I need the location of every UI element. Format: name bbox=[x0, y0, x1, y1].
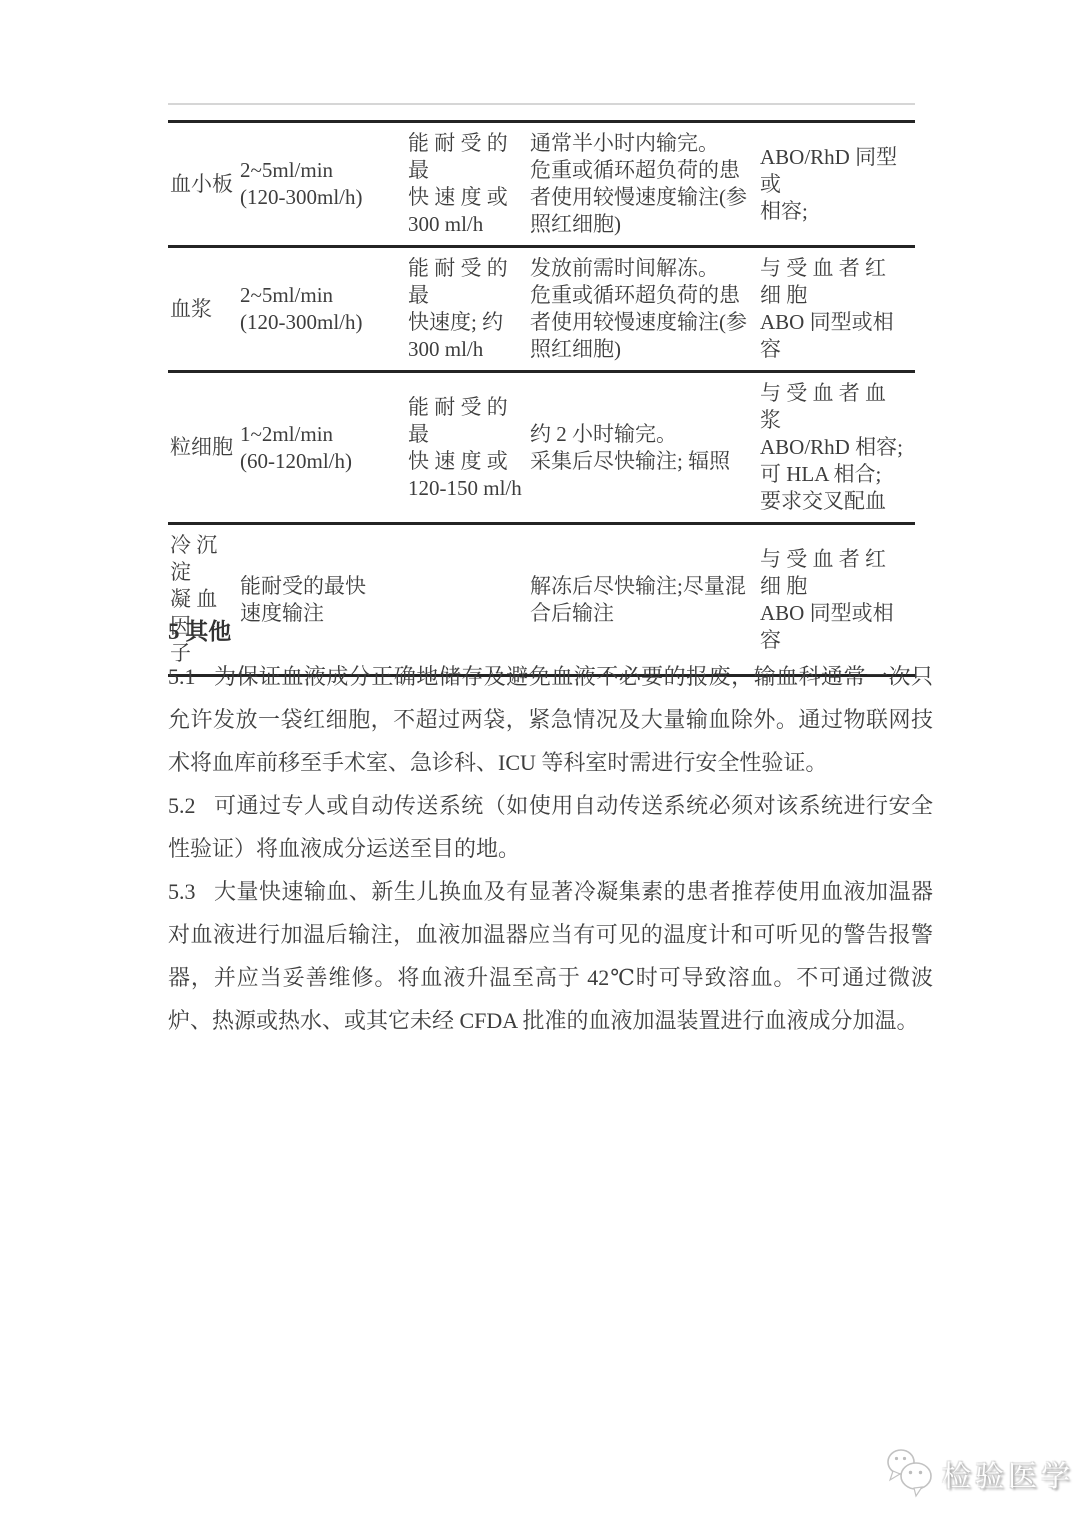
max-rate-cell: 能 耐 受 的 最 快速度; 约 300 ml/h bbox=[406, 247, 528, 372]
paragraph-text: 可通过专人或自动传送系统（如使用自动传送系统必须对该系统进行安全性验证）将血液成… bbox=[168, 793, 933, 861]
paragraph-text: 为保证血液成分正确地储存及避免血液不必要的报废，输血科通常一次只允许发放一袋红细… bbox=[168, 664, 933, 775]
scan-artifact-line bbox=[168, 103, 915, 105]
wechat-icon bbox=[884, 1446, 936, 1503]
paragraph-5-2: 5.2可通过专人或自动传送系统（如使用自动传送系统必须对该系统进行安全性验证）将… bbox=[168, 784, 933, 870]
section-heading: 5 其他 bbox=[168, 610, 933, 653]
document-page: 血小板 2~5ml/min (120-300ml/h) 能 耐 受 的 最 快 … bbox=[0, 0, 1080, 1527]
infusion-rate-cell: 1~2ml/min (60-120ml/h) bbox=[238, 372, 406, 524]
duration-note-cell: 发放前需时间解冻。 危重或循环超负荷的患 者使用较慢速度输注(参 照红细胞) bbox=[528, 247, 758, 372]
component-cell: 血浆 bbox=[168, 247, 238, 372]
infusion-rate-cell: 2~5ml/min (120-300ml/h) bbox=[238, 247, 406, 372]
table-row-platelets: 血小板 2~5ml/min (120-300ml/h) 能 耐 受 的 最 快 … bbox=[168, 122, 915, 247]
duration-note-cell: 通常半小时内输完。 危重或循环超负荷的患 者使用较慢速度输注(参 照红细胞) bbox=[528, 122, 758, 247]
component-cell: 粒细胞 bbox=[168, 372, 238, 524]
paragraph-number: 5.2 bbox=[168, 793, 196, 818]
section-other: 5 其他 5.1为保证血液成分正确地储存及避免血液不必要的报废，输血科通常一次只… bbox=[168, 610, 933, 1042]
compatibility-cell: 与 受 血 者 红 细 胞 ABO 同型或相容 bbox=[758, 247, 915, 372]
blood-component-table: 血小板 2~5ml/min (120-300ml/h) 能 耐 受 的 最 快 … bbox=[168, 120, 915, 677]
max-rate-cell: 能 耐 受 的 最 快 速 度 或 120-150 ml/h bbox=[406, 372, 528, 524]
infusion-rate-cell: 2~5ml/min (120-300ml/h) bbox=[238, 122, 406, 247]
watermark-text: 检验医学 bbox=[942, 1454, 1074, 1495]
table-row-granulocytes: 粒细胞 1~2ml/min (60-120ml/h) 能 耐 受 的 最 快 速… bbox=[168, 372, 915, 524]
compatibility-cell: 与 受 血 者 血 浆 ABO/RhD 相容; 可 HLA 相合; 要求交叉配血 bbox=[758, 372, 915, 524]
table-row-plasma: 血浆 2~5ml/min (120-300ml/h) 能 耐 受 的 最 快速度… bbox=[168, 247, 915, 372]
paragraph-number: 5.3 bbox=[168, 879, 196, 904]
paragraph-5-1: 5.1为保证血液成分正确地储存及避免血液不必要的报废，输血科通常一次只允许发放一… bbox=[168, 655, 933, 784]
component-cell: 血小板 bbox=[168, 122, 238, 247]
compatibility-cell: ABO/RhD 同型或 相容; bbox=[758, 122, 915, 247]
duration-note-cell: 约 2 小时输完。 采集后尽快输注; 辐照 bbox=[528, 372, 758, 524]
paragraph-text: 大量快速输血、新生儿换血及有显著冷凝集素的患者推荐使用血液加温器对血液进行加温后… bbox=[168, 879, 933, 1033]
watermark: 检验医学 bbox=[884, 1448, 1074, 1500]
paragraph-number: 5.1 bbox=[168, 664, 196, 689]
paragraph-5-3: 5.3大量快速输血、新生儿换血及有显著冷凝集素的患者推荐使用血液加温器对血液进行… bbox=[168, 870, 933, 1042]
max-rate-cell: 能 耐 受 的 最 快 速 度 或 300 ml/h bbox=[406, 122, 528, 247]
